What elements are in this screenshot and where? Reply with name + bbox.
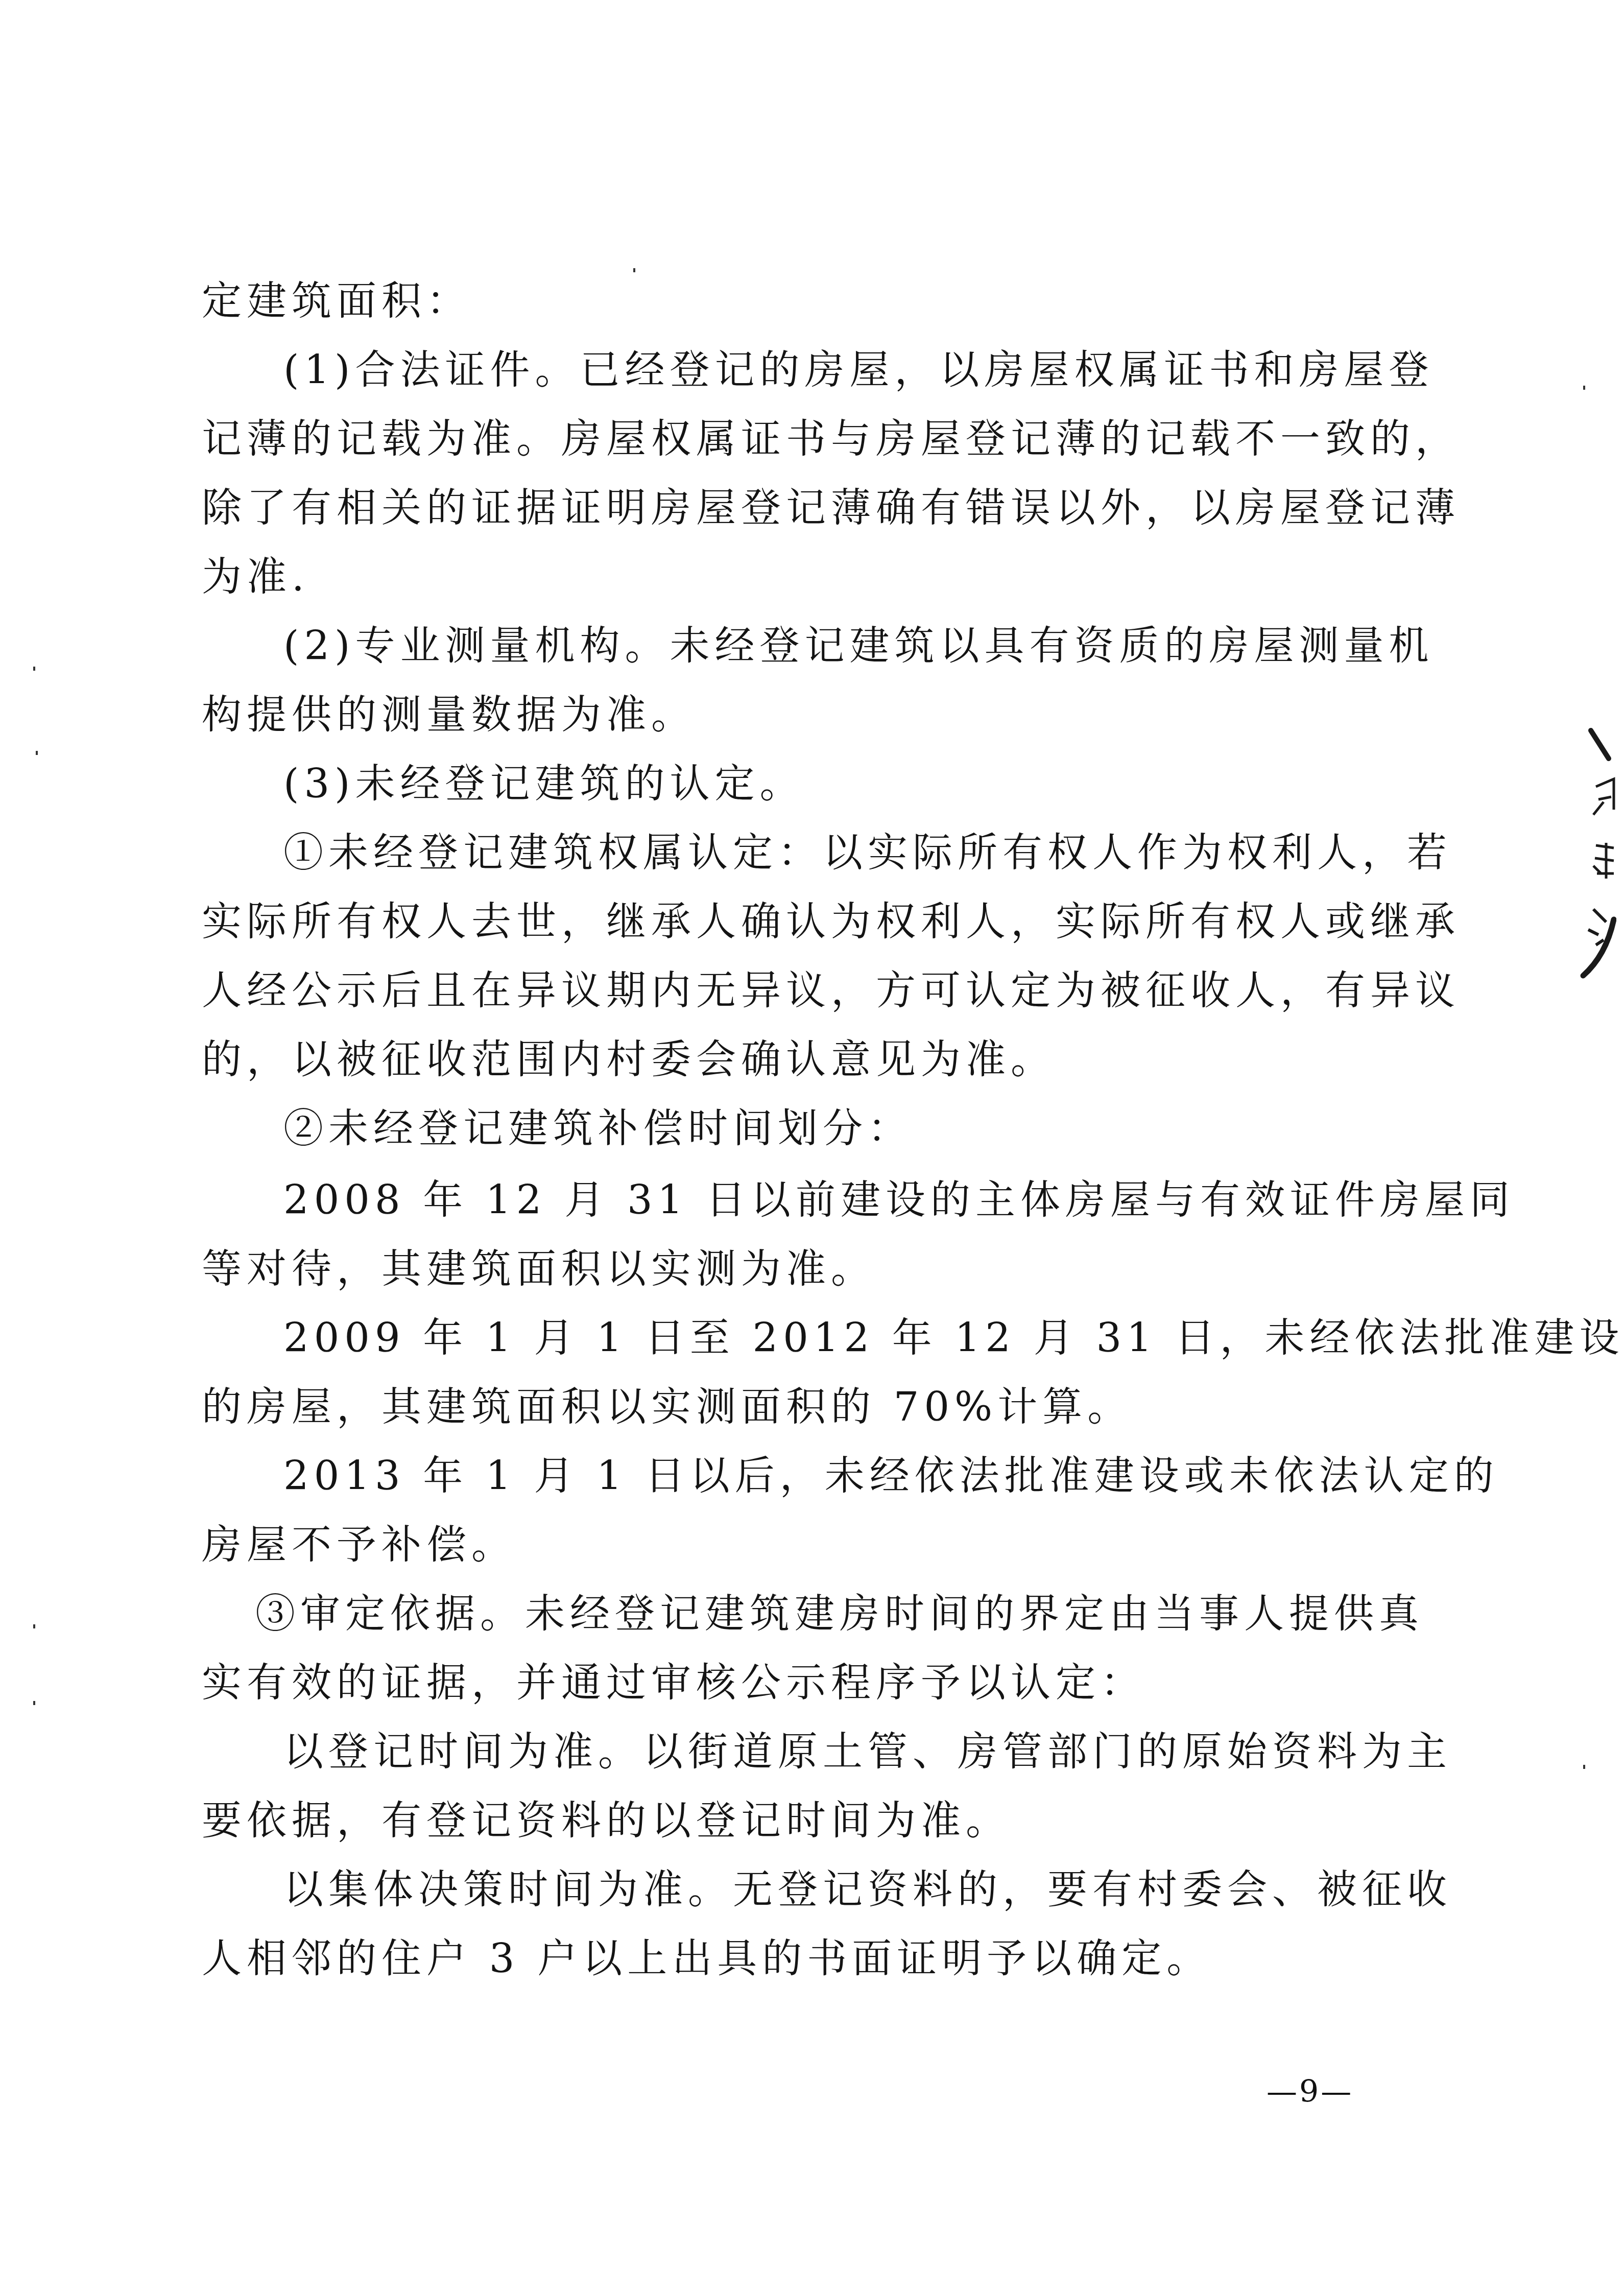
text-line: ③审定依据。未经登记建筑建房时间的界定由当事人提供真 <box>255 1589 1424 1640</box>
text-line: 人经公示后且在异议期内无异议，方可认定为被征收人，有异议 <box>202 965 1460 1017</box>
text-line: 房屋不予补偿。 <box>202 1520 516 1571</box>
text-line: 2009 年 1 月 1 日至 2012 年 12 月 31 日，未经依法批准建… <box>283 1313 1624 1364</box>
page-number: —9— <box>1267 2074 1353 2110</box>
document-page: 定建筑面积： (1)合法证件。已经登记的房屋，以房屋权属证书和房屋登 记薄的记载… <box>0 0 1624 2293</box>
text-line: (2)专业测量机构。未经登记建筑以具有资质的房屋测量机 <box>283 621 1434 672</box>
text-line: 人相邻的住户 3 户以上出具的书面证明予以确定。 <box>202 1933 1211 1984</box>
text-line: 的房屋，其建筑面积以实测面积的 70%计算。 <box>202 1382 1132 1433</box>
seal-fragment-icon <box>1575 720 1616 986</box>
text-line: 构提供的测量数据为准。 <box>202 690 696 741</box>
text-line: ②未经登记建筑补偿时间划分： <box>283 1103 913 1154</box>
scan-speck <box>36 751 38 755</box>
scan-speck <box>633 268 635 272</box>
scan-speck <box>33 1701 35 1705</box>
scan-speck <box>33 1624 35 1628</box>
text-line: 定建筑面积： <box>202 276 471 327</box>
scan-speck <box>1583 1765 1585 1769</box>
text-line: 以登记时间为准。以街道原土管、房管部门的原始资料为主 <box>283 1727 1452 1778</box>
text-line: 为准. <box>202 552 309 603</box>
text-line: 以集体决策时间为准。无登记资料的，要有村委会、被征收 <box>283 1864 1452 1916</box>
text-line: 2013 年 1 月 1 日以后，未经依法批准建设或未依法认定的 <box>283 1451 1499 1502</box>
text-line: 记薄的记载为准。房屋权属证书与房屋登记薄的记载不一致的， <box>202 414 1460 465</box>
text-line: 实有效的证据，并通过审核公示程序予以认定： <box>202 1658 1145 1709</box>
text-line: 要依据，有登记资料的以登记时间为准。 <box>202 1795 1011 1847</box>
text-line: 除了有相关的证据证明房屋登记薄确有错误以外，以房屋登记薄 <box>202 483 1460 534</box>
text-line: 实际所有权人去世，继承人确认为权利人，实际所有权人或继承 <box>202 896 1460 948</box>
text-line: 2008 年 12 月 31 日以前建设的主体房屋与有效证件房屋同 <box>283 1175 1515 1226</box>
text-line: 的，以被征收范围内村委会确认意见为准。 <box>202 1034 1056 1085</box>
text-line: ①未经登记建筑权属认定：以实际所有权人作为权利人，若 <box>283 828 1452 879</box>
text-line: 等对待，其建筑面积以实测为准。 <box>202 1244 876 1295</box>
scan-speck <box>33 667 35 671</box>
text-line: (3)未经登记建筑的认定。 <box>283 759 805 810</box>
text-line: (1)合法证件。已经登记的房屋，以房屋权属证书和房屋登 <box>283 345 1434 396</box>
scan-speck <box>1583 386 1585 390</box>
